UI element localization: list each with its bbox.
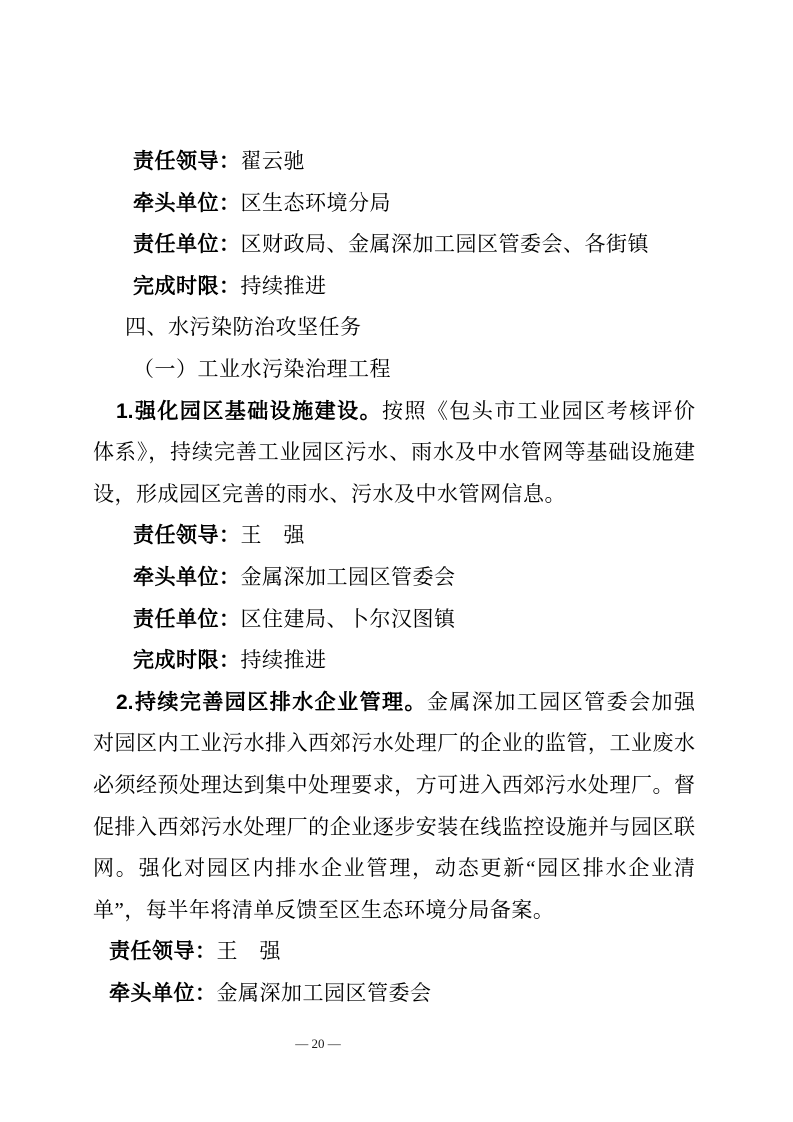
text-segment-bold: 责任单位： xyxy=(133,608,241,631)
text-segment: 区财政局、金属深加工园区管委会、各街镇 xyxy=(241,232,650,256)
text-line: 责任单位：区财政局、金属深加工园区管委会、各街镇 xyxy=(93,224,695,266)
text-line: 完成时限：持续推进 xyxy=(93,266,695,308)
text-line: 责任单位：区住建局、卜尔汉图镇 xyxy=(93,599,695,641)
text-line: 完成时限：持续推进 xyxy=(93,640,695,682)
text-segment: 金属深加工园区管委会 xyxy=(217,981,432,1005)
text-line: 1.强化园区基础设施建设。按照《包头市工业园区考核评价 xyxy=(93,391,695,433)
text-segment: 网。强化对园区内排水企业管理，动态更新“园区排水企业清 xyxy=(93,856,695,880)
text-line: 牵头单位：金属深加工园区管委会 xyxy=(93,973,695,1015)
document-body: 责任领导：翟云驰牵头单位：区生态环境分局责任单位：区财政局、金属深加工园区管委会… xyxy=(93,141,695,1014)
text-segment-bold: 责任领导： xyxy=(133,524,241,547)
text-segment: 必须经预处理达到集中处理要求，方可进入西郊污水处理厂。督 xyxy=(93,773,695,797)
document-page: 责任领导：翟云驰牵头单位：区生态环境分局责任单位：区财政局、金属深加工园区管委会… xyxy=(0,0,793,1122)
text-segment-bold: 2.持续完善园区排水企业管理。 xyxy=(116,691,427,714)
text-segment: 金属深加工园区管委会加强 xyxy=(427,690,695,714)
text-line: 2.持续完善园区排水企业管理。金属深加工园区管委会加强 xyxy=(93,682,695,724)
text-segment-bold: 完成时限： xyxy=(133,649,241,672)
text-segment: （一）工业水污染治理工程 xyxy=(133,357,391,381)
text-segment: 按照《包头市工业园区考核评价 xyxy=(382,399,695,423)
text-segment: 四、水污染防治攻坚任务 xyxy=(125,315,362,339)
text-line: 牵头单位：区生态环境分局 xyxy=(93,183,695,225)
text-segment-bold: 责任领导： xyxy=(133,150,241,173)
text-segment: 体系》，持续完善工业园区污水、雨水及中水管网等基础设施建 xyxy=(93,440,695,464)
text-line: 四、水污染防治攻坚任务 xyxy=(93,307,695,349)
page-number-footer: — 20 — xyxy=(0,1036,636,1056)
text-segment: 持续推进 xyxy=(241,648,327,672)
text-segment: 持续推进 xyxy=(241,274,327,298)
text-segment-bold: 责任单位： xyxy=(133,233,241,256)
text-segment: 区住建局、卜尔汉图镇 xyxy=(241,607,456,631)
text-line: 单”，每半年将清单反馈至区生态环境分局备案。 xyxy=(93,890,695,932)
text-segment-bold: 1.强化园区基础设施建设。 xyxy=(116,400,382,423)
text-segment: 翟云驰 xyxy=(241,149,306,173)
text-segment: 王 强 xyxy=(241,523,306,547)
text-line: （一）工业水污染治理工程 xyxy=(93,349,695,391)
text-segment-bold: 牵头单位： xyxy=(133,192,241,215)
text-segment: 王 强 xyxy=(217,939,282,963)
text-line: 网。强化对园区内排水企业管理，动态更新“园区排水企业清 xyxy=(93,848,695,890)
text-line: 必须经预处理达到集中处理要求，方可进入西郊污水处理厂。督 xyxy=(93,765,695,807)
text-line: 对园区内工业污水排入西郊污水处理厂的企业的监管，工业废水 xyxy=(93,723,695,765)
text-line: 牵头单位：金属深加工园区管委会 xyxy=(93,557,695,599)
text-line: 设，形成园区完善的雨水、污水及中水管网信息。 xyxy=(93,474,695,516)
page-number: — 20 — xyxy=(295,1036,341,1051)
text-segment-bold: 牵头单位： xyxy=(109,982,217,1005)
text-segment: 区生态环境分局 xyxy=(241,191,392,215)
text-line: 体系》，持续完善工业园区污水、雨水及中水管网等基础设施建 xyxy=(93,432,695,474)
text-line: 责任领导：王 强 xyxy=(93,515,695,557)
text-segment: 设，形成园区完善的雨水、污水及中水管网信息。 xyxy=(93,482,566,506)
text-segment: 促排入西郊污水处理厂的企业逐步安装在线监控设施并与园区联 xyxy=(93,815,695,839)
text-segment-bold: 责任领导： xyxy=(109,940,217,963)
text-segment-bold: 完成时限： xyxy=(133,275,241,298)
text-segment-bold: 牵头单位： xyxy=(133,566,241,589)
text-segment: 对园区内工业污水排入西郊污水处理厂的企业的监管，工业废水 xyxy=(93,731,695,755)
text-line: 责任领导：翟云驰 xyxy=(93,141,695,183)
text-line: 责任领导：王 强 xyxy=(93,931,695,973)
text-segment: 金属深加工园区管委会 xyxy=(241,565,456,589)
text-segment: 单”，每半年将清单反馈至区生态环境分局备案。 xyxy=(93,898,554,922)
text-line: 促排入西郊污水处理厂的企业逐步安装在线监控设施并与园区联 xyxy=(93,807,695,849)
